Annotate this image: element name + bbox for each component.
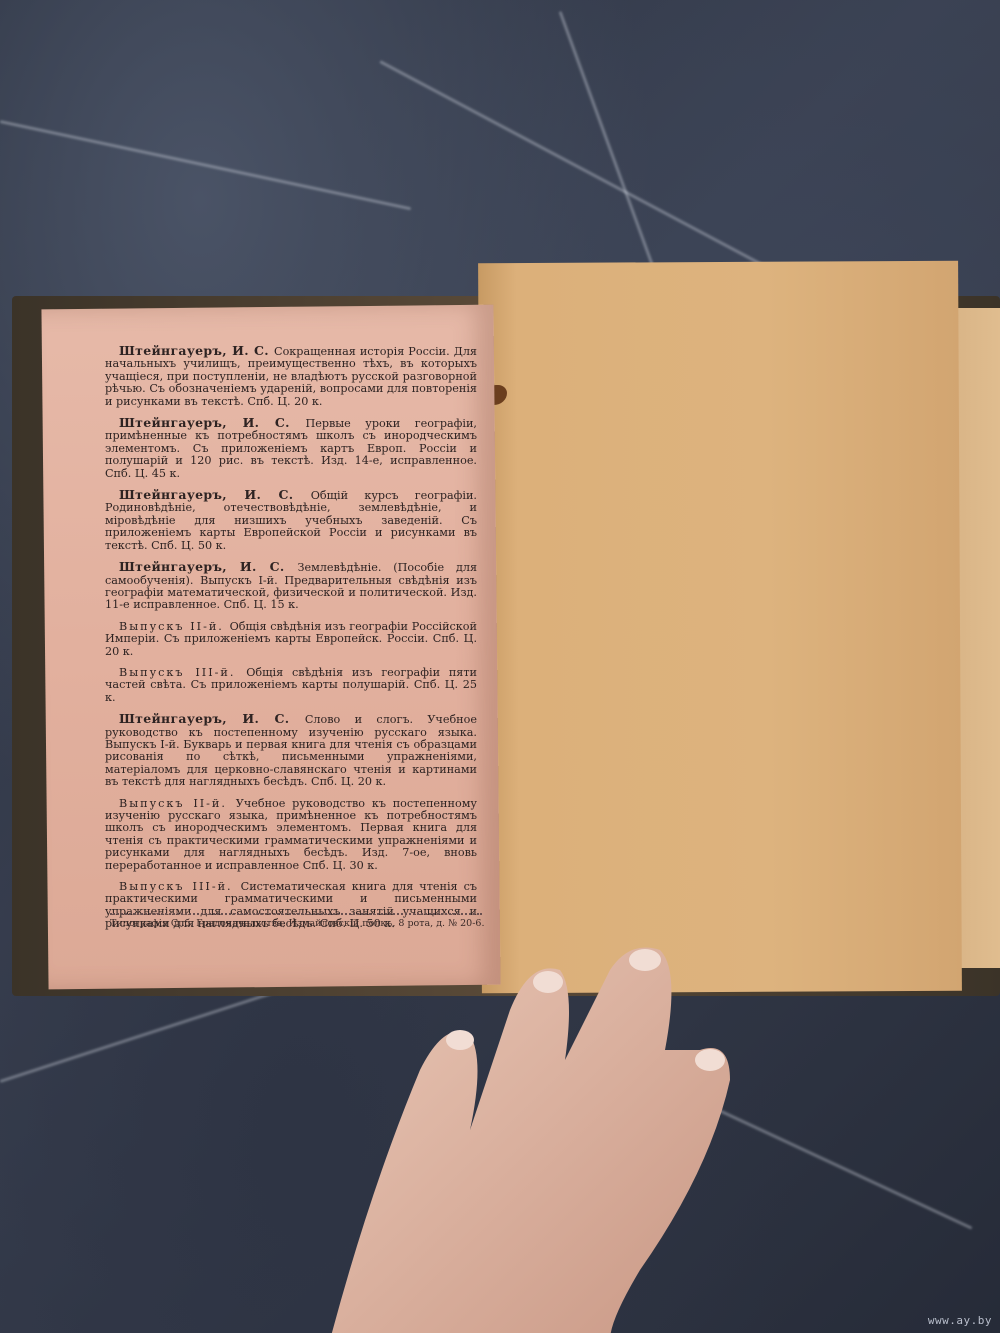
- right-page-blank: [478, 261, 962, 994]
- printer-imprint: Типографія Спб. Градоначальства, Измайло…: [110, 913, 482, 929]
- hand: [310, 940, 770, 1333]
- entry-author: Штейнгауеръ, И. С.: [119, 415, 305, 430]
- entry-author: Штейнгауеръ, И. С.: [119, 711, 305, 726]
- book-entry: Выпускъ II-й. Общія свѣдѣнія изъ географ…: [105, 621, 477, 658]
- watermark: www.ay.by: [928, 1314, 992, 1327]
- marble-vein: [0, 120, 411, 210]
- book-entry: Штейнгауеръ, И. С. Землевѣдѣніе. (Пособі…: [105, 561, 477, 612]
- book-entry: Штейнгауеръ, И. С. Первые уроки географі…: [105, 417, 477, 480]
- entry-issue: Выпускъ III-й.: [119, 666, 246, 679]
- book-entry: Штейнгауеръ, И. С. Общій курсъ географіи…: [105, 489, 477, 552]
- book-entry: Штейнгауеръ, И. С. Сокращенная исторія Р…: [105, 345, 477, 408]
- entry-issue: Выпускъ II-й.: [119, 620, 230, 633]
- book-entry: Штейнгауеръ, И. С. Слово и слогъ. Учебно…: [105, 713, 477, 788]
- entry-issue: Выпускъ III-й.: [119, 880, 241, 893]
- entry-author: Штейнгауеръ, И. С.: [119, 559, 298, 574]
- marble-vein: [559, 11, 664, 294]
- entry-author: Штейнгауеръ, И. С.: [119, 487, 311, 502]
- book-entry: Выпускъ II-й. Учебное руководство къ пос…: [105, 798, 477, 872]
- book-entry: Выпускъ III-й. Общія свѣдѣнія изъ геогра…: [105, 667, 477, 704]
- book-advertisement-list: Штейнгауеръ, И. С. Сокращенная исторія Р…: [105, 345, 477, 940]
- entry-author: Штейнгауеръ, И. С.: [119, 343, 274, 358]
- entry-issue: Выпускъ II-й.: [119, 797, 236, 810]
